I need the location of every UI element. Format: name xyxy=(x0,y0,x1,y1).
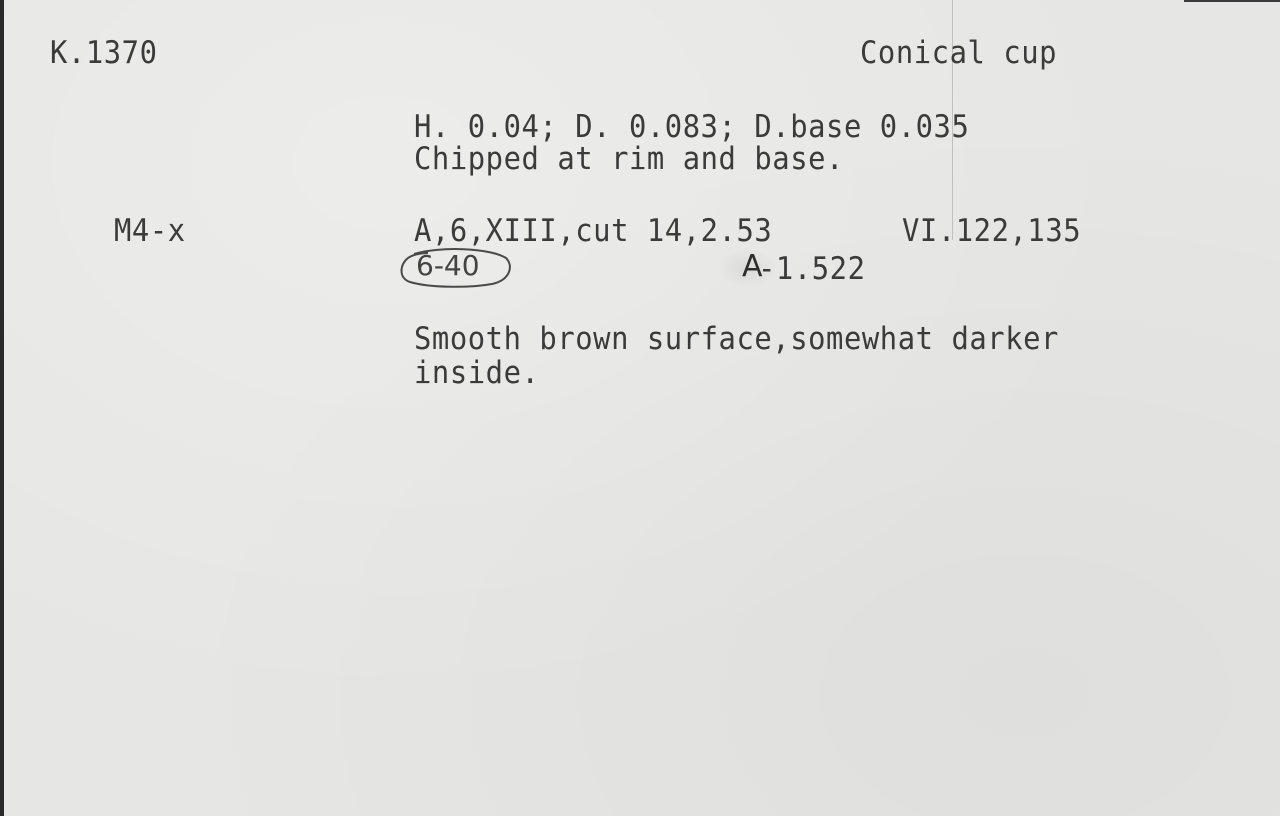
object-title: Conical cup xyxy=(860,36,1057,70)
description-line-2: inside. xyxy=(414,356,539,390)
provenance-text: A,6,XIII,cut 14,2.53 xyxy=(414,214,772,248)
catalog-number: K.1370 xyxy=(50,36,158,70)
dimensions-text: H. 0.04; D. 0.083; D.base 0.035 xyxy=(414,110,969,144)
catalog-card: K.1370 Conical cup H. 0.04; D. 0.083; D.… xyxy=(4,0,1280,816)
circled-number: 6-40 xyxy=(416,250,480,282)
description-line-1: Smooth brown surface,somewhat darker xyxy=(414,322,1059,356)
field-code: M4-x xyxy=(114,214,186,248)
references-text: VI.122,135 xyxy=(902,214,1081,248)
reference-number: -1.522 xyxy=(758,252,866,286)
circled-number-annotation: 6-40 xyxy=(400,248,512,286)
card-top-edge xyxy=(1184,0,1280,2)
condition-text: Chipped at rim and base. xyxy=(414,142,844,176)
